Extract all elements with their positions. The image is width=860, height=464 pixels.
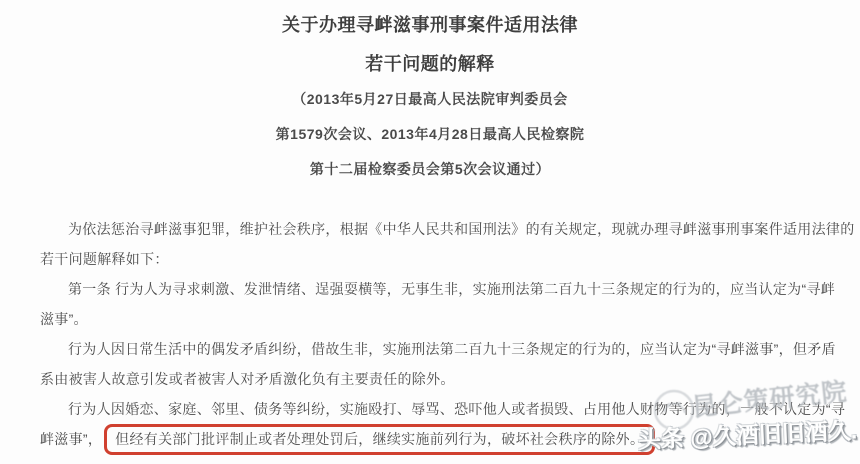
doc-meta-line3: 第十二届检察委员会第5次会议通过）: [0, 159, 860, 179]
body-line-text: 衅滋事”，: [40, 431, 102, 447]
body-line-text: 为依法惩治寻衅滋事犯罪，维护社会秩序，根据《中华人民共和国刑法》的有关规定，现就…: [68, 221, 855, 237]
body-line-text: 第一条 行为人为寻求刺激、发泄情绪、逞强耍横等，无事生非，实施刑法第二百九十三条…: [68, 281, 835, 297]
body-line: 为依法惩治寻衅滋事犯罪，维护社会秩序，根据《中华人民共和国刑法》的有关规定，现就…: [40, 214, 834, 244]
body-line: 第一条 行为人为寻求刺激、发泄情绪、逞强耍横等，无事生非，实施刑法第二百九十三条…: [40, 274, 834, 304]
doc-title-line1: 关于办理寻衅滋事刑事案件适用法律: [0, 15, 860, 35]
body-line: 若干问题解释如下：: [40, 244, 834, 274]
doc-meta-line2: 第1579次会议、2013年4月28日最高人民检察院: [0, 124, 860, 144]
body-line-text: 行为人因日常生活中的偶发矛盾纠纷，借故生非，实施刑法第二百九十三条规定的行为的，…: [68, 341, 836, 357]
highlight-red-box: 但经有关部门批评制止或者处理处罚后，继续实施前列行为，破坏社会秩序的除外。: [104, 424, 655, 455]
body-line: 滋事”。: [40, 304, 834, 334]
document-page: 关于办理寻衅滋事刑事案件适用法律 若干问题的解释 （2013年5月27日最高人民…: [0, 0, 860, 464]
body-line-text: 系由被害人故意引发或者被害人对矛盾激化负有主要责任的除外。: [40, 371, 455, 387]
doc-meta-line1: （2013年5月27日最高人民法院审判委员会: [0, 89, 860, 109]
body-line-text: 滋事”。: [40, 311, 88, 327]
body-line-text: 若干问题解释如下：: [40, 251, 169, 267]
doc-title-line2: 若干问题的解释: [0, 54, 860, 74]
body-line: 行为人因日常生活中的偶发矛盾纠纷，借故生非，实施刑法第二百九十三条规定的行为的，…: [40, 334, 834, 364]
